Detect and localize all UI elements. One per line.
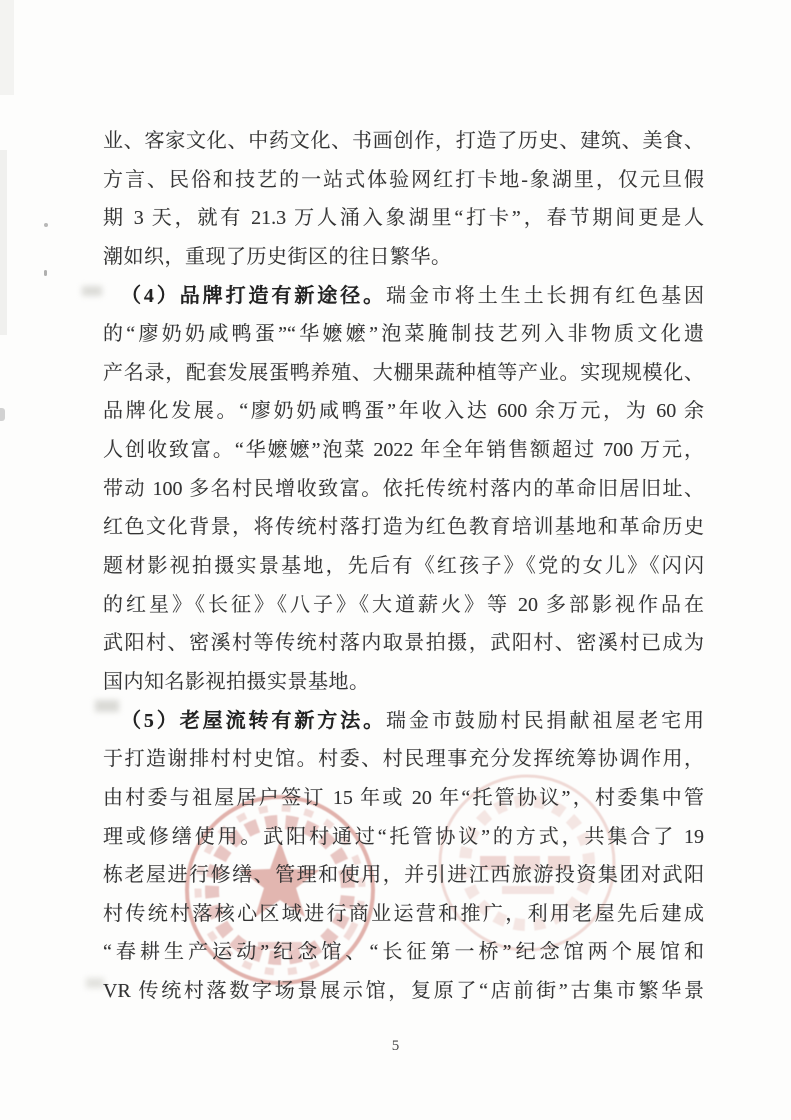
- text-line: 由村委与祖屋居户签订 15 年或 20 年“托管协议”，村委集中管: [103, 779, 704, 818]
- text-line: VR 传统村落数字场景展示馆，复原了“店前街”古集市繁华景: [103, 972, 704, 1011]
- text-line: 期 3 天，就有 21.3 万人涌入象湖里“打卡”，春节期间更是人: [103, 199, 704, 238]
- scan-speck: [44, 270, 47, 276]
- text-line: 方言、民俗和技艺的一站式体验网红打卡地-象湖里，仅元旦假: [103, 161, 704, 200]
- text-line: 人创收致富。“华嬷嬷”泡菜 2022 年全年销售额超过 700 万元，: [103, 431, 704, 470]
- text-line: 业、客家文化、中药文化、书画创作，打造了历史、建筑、美食、: [103, 122, 704, 161]
- text-line: 带动 100 多名村民增收致富。依托传统村落内的革命旧居旧址、: [103, 470, 704, 509]
- text-line: 的红星》《长征》《八子》《大道薪火》等 20 多部影视作品在: [103, 586, 704, 625]
- section-heading-line-4: （4）品牌打造有新途径。瑞金市将土生土长拥有红色基因: [103, 277, 704, 316]
- scan-shading: [0, 0, 14, 95]
- scan-shading: [0, 150, 7, 335]
- section-heading-bold: （5）老屋流转有新方法。: [121, 710, 386, 732]
- section-heading-line-5: （5）老屋流转有新方法。瑞金市鼓励村民捐献祖屋老宅用: [103, 702, 704, 741]
- text-line: 题材影视拍摄实景基地，先后有《红孩子》《党的女儿》《闪闪: [103, 547, 704, 586]
- document-body: 业、客家文化、中药文化、书画创作，打造了历史、建筑、美食、 方言、民俗和技艺的一…: [103, 122, 704, 1011]
- text-line: 理或修缮使用。武阳村通过“托管协议”的方式，共集合了 19: [103, 818, 704, 857]
- text-line: 栋老屋进行修缮、管理和使用，并引进江西旅游投资集团对武阳: [103, 856, 704, 895]
- text-line: 的“廖奶奶咸鸭蛋”“华嬷嬷”泡菜腌制技艺列入非物质文化遗: [103, 315, 704, 354]
- page-number: 5: [0, 1038, 791, 1055]
- ink-bleed-smudge: [82, 286, 102, 296]
- text-line: 品牌化发展。“廖奶奶咸鸭蛋”年收入达 600 余万元，为 60 余: [103, 392, 704, 431]
- section-body-start: 瑞金市将土生土长拥有红色基因: [386, 285, 704, 307]
- text-line: 红色文化背景，将传统村落打造为红色教育培训基地和革命历史: [103, 508, 704, 547]
- document-page: 业、客家文化、中药文化、书画创作，打造了历史、建筑、美食、 方言、民俗和技艺的一…: [0, 0, 791, 1120]
- text-line: 国内知名影视拍摄实景基地。: [103, 663, 704, 702]
- section-body-start: 瑞金市鼓励村民捐献祖屋老宅用: [386, 710, 704, 732]
- text-line: 于打造谢排村村史馆。村委、村民理事充分发挥统筹协调作用，: [103, 740, 704, 779]
- scan-speck: [44, 223, 48, 227]
- text-line: 村传统村落核心区域进行商业运营和推广，利用老屋先后建成: [103, 895, 704, 934]
- text-line: 武阳村、密溪村等传统村落内取景拍摄，武阳村、密溪村已成为: [103, 624, 704, 663]
- text-line: “春耕生产运动”纪念馆、“长征第一桥”纪念馆两个展馆和: [103, 933, 704, 972]
- scan-speck: [0, 408, 5, 421]
- section-heading-bold: （4）品牌打造有新途径。: [121, 285, 386, 307]
- ink-bleed-smudge: [86, 978, 104, 988]
- text-line: 潮如织，重现了历史街区的往日繁华。: [103, 238, 704, 277]
- text-line: 产名录，配套发展蛋鸭养殖、大棚果蔬种植等产业。实现规模化、: [103, 354, 704, 393]
